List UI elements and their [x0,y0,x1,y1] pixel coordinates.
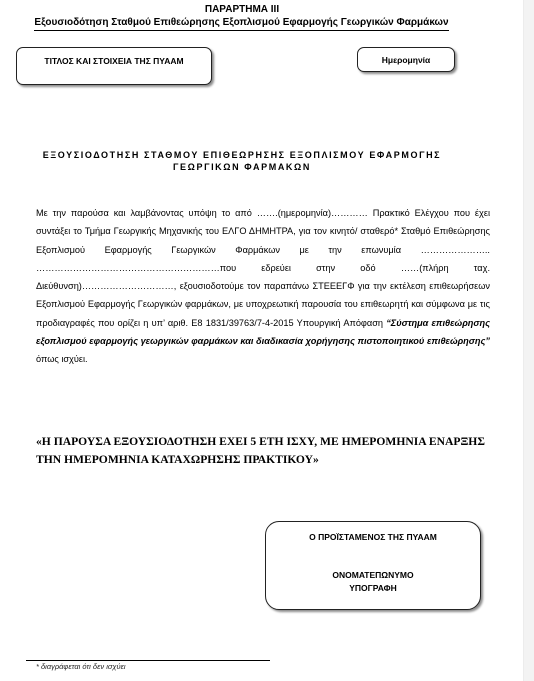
footnote-divider [26,660,270,661]
validity-statement: «Η ΠΑΡΟΥΣΑ ΕΞΟΥΣΙΟΔΟΤΗΣΗ ΕΧΕΙ 5 ΕΤΗ ΙΣΧΥ… [36,433,496,469]
signature-box: Ο ΠΡΟΪΣΤΑΜΕΝΟΣ ΤΗΣ ΠΥΑΑΜ ΟΝΟΜΑΤΕΠΩΝΥΜΟ Υ… [265,521,481,610]
body-text-part2: όπως ισχύει. [36,354,88,364]
document-heading-line1: ΕΞΟΥΣΙΟΔΟΤΗΣΗ ΣΤΑΘΜΟΥ ΕΠΙΘΕΩΡΗΣΗΣ ΕΞΟΠΛΙ… [0,149,484,161]
document-heading: ΕΞΟΥΣΙΟΔΟΤΗΣΗ ΣΤΑΘΜΟΥ ΕΠΙΘΕΩΡΗΣΗΣ ΕΞΟΠΛΙ… [0,149,484,173]
annex-title: ΠΑΡΑΡΤΗΜΑ ΙΙΙ [0,4,484,15]
date-label: Ημερομηνία [382,55,431,65]
footnote: * διαγράφεται ότι δεν ισχύει [36,662,126,671]
page-side-strip [523,0,534,681]
issuer-title-label: ΤΙΤΛΟΣ ΚΑΙ ΣΤΟΙΧΕΙΑ ΤΗΣ ΠΥΑΑΜ [44,56,183,66]
document-heading-line2: ΓΕΩΡΓΙΚΩΝ ΦΑΡΜΑΚΩΝ [0,161,484,173]
date-box: Ημερομηνία [357,47,455,72]
signatory-signature-label: ΥΠΟΓΡΑΦΗ [266,582,480,594]
annex-subtitle: Εξουσιοδότηση Σταθμού Επιθεώρησης Εξοπλι… [34,17,449,31]
issuer-title-box: ΤΙΤΛΟΣ ΚΑΙ ΣΤΟΙΧΕΙΑ ΤΗΣ ΠΥΑΑΜ [16,47,212,85]
body-text-part1: Με την παρούσα και λαμβάνοντας υπόψη το … [36,208,490,328]
authorization-body: Με την παρούσα και λαμβάνοντας υπόψη το … [36,204,490,369]
signatory-role: Ο ΠΡΟΪΣΤΑΜΕΝΟΣ ΤΗΣ ΠΥΑΑΜ [266,532,480,542]
signatory-name-label: ΟΝΟΜΑΤΕΠΩΝΥΜΟ [266,568,480,582]
